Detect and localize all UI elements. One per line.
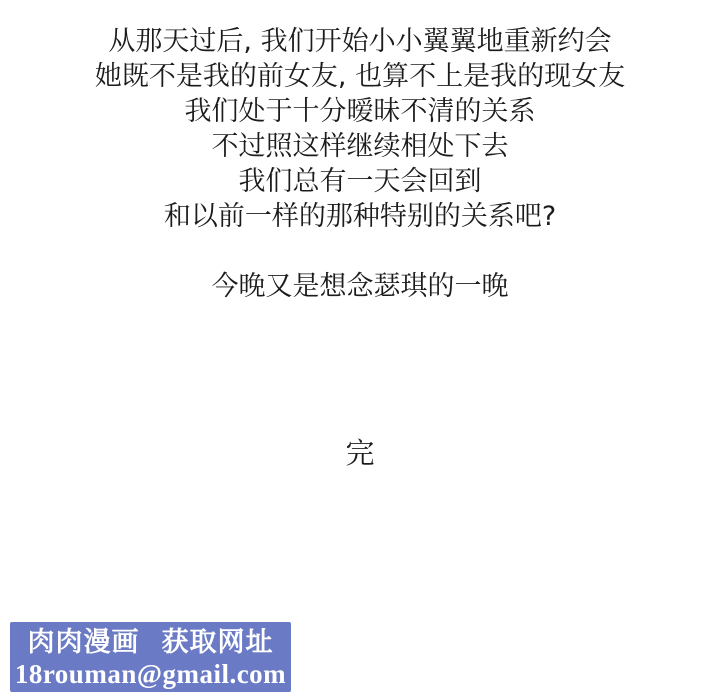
watermark-email: 18rouman@gmail.com — [10, 659, 291, 689]
narration-line: 我们处于十分暧昧不清的关系 — [0, 94, 720, 129]
narration-block: 从那天过后, 我们开始小小翼翼地重新约会 她既不是我的前女友, 也算不上是我的现… — [0, 24, 720, 304]
narration-line: 和以前一样的那种特别的关系吧? — [0, 199, 720, 234]
watermark-title: 肉肉漫画获取网址 — [10, 626, 291, 659]
narration-line: 她既不是我的前女友, 也算不上是我的现女友 — [0, 59, 720, 94]
narration-closing-line: 今晚又是想念瑟琪的一晚 — [0, 269, 720, 304]
comic-end-page: 从那天过后, 我们开始小小翼翼地重新约会 她既不是我的前女友, 也算不上是我的现… — [0, 0, 720, 700]
the-end-label: 完 — [0, 436, 720, 471]
narration-line: 从那天过后, 我们开始小小翼翼地重新约会 — [0, 24, 720, 59]
watermark-banner: 肉肉漫画获取网址 18rouman@gmail.com — [10, 622, 291, 692]
watermark-tagline: 获取网址 — [162, 627, 274, 658]
narration-line: 我们总有一天会回到 — [0, 164, 720, 199]
narration-line: 不过照这样继续相处下去 — [0, 129, 720, 164]
watermark-site-name: 肉肉漫画 — [28, 627, 140, 658]
